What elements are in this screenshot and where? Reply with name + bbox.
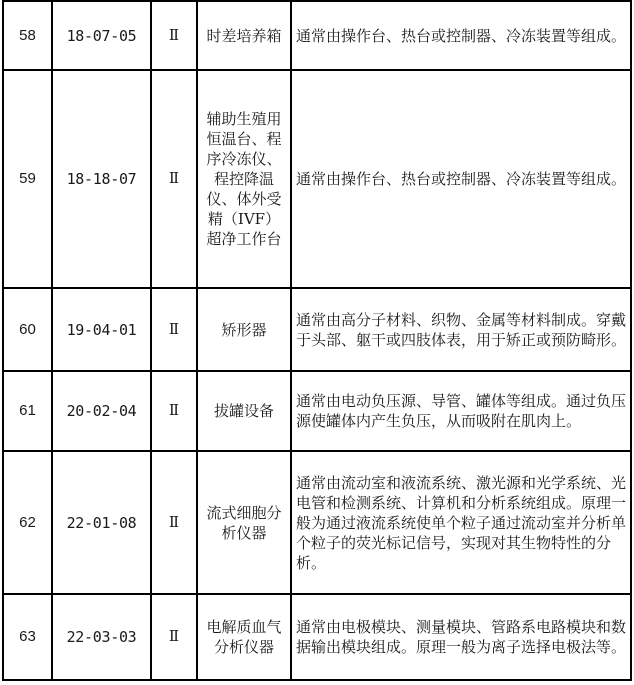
category-code-cell: 18-18-07	[52, 70, 151, 288]
table-row: 63 22-03-03 Ⅱ 电解质血气分析仪器 通常由电极模块、测量模块、管路系…	[3, 594, 631, 680]
product-description-cell: 通常由流动室和液流系统、激光源和光学系统、光电管和检测系统、计算机和分析系统组成…	[291, 451, 631, 594]
product-description-cell: 通常由电动负压源、导管、罐体等组成。通过负压源使罐体内产生负压，从而吸附在肌肉上…	[291, 371, 631, 451]
management-class-cell: Ⅱ	[151, 451, 197, 594]
row-number-cell: 60	[3, 288, 52, 371]
table-row: 60 19-04-01 Ⅱ 矫形器 通常由高分子材料、织物、金属等材料制成。穿戴…	[3, 288, 631, 371]
product-description-cell: 通常由操作台、热台或控制器、冷冻装置等组成。	[291, 70, 631, 288]
product-name-cell: 辅助生殖用恒温台、程序冷冻仪、程控降温仪、体外受精（IVF）超净工作台	[197, 70, 291, 288]
table-row: 58 18-07-05 Ⅱ 时差培养箱 通常由操作台、热台或控制器、冷冻装置等组…	[3, 1, 631, 70]
table-row: 62 22-01-08 Ⅱ 流式细胞分析仪器 通常由流动室和液流系统、激光源和光…	[3, 451, 631, 594]
row-number-cell: 58	[3, 1, 52, 70]
product-name-cell: 矫形器	[197, 288, 291, 371]
category-code-cell: 22-03-03	[52, 594, 151, 680]
category-code-cell: 19-04-01	[52, 288, 151, 371]
product-description-cell: 通常由电极模块、测量模块、管路系电路模块和数据输出模块组成。原理一般为离子选择电…	[291, 594, 631, 680]
category-code-cell: 20-02-04	[52, 371, 151, 451]
medical-device-table: 58 18-07-05 Ⅱ 时差培养箱 通常由操作台、热台或控制器、冷冻装置等组…	[2, 0, 632, 681]
product-name-cell: 流式细胞分析仪器	[197, 451, 291, 594]
product-description-cell: 通常由操作台、热台或控制器、冷冻装置等组成。	[291, 1, 631, 70]
management-class-cell: Ⅱ	[151, 288, 197, 371]
row-number-cell: 61	[3, 371, 52, 451]
product-name-cell: 拔罐设备	[197, 371, 291, 451]
product-name-cell: 电解质血气分析仪器	[197, 594, 291, 680]
row-number-cell: 62	[3, 451, 52, 594]
row-number-cell: 63	[3, 594, 52, 680]
management-class-cell: Ⅱ	[151, 70, 197, 288]
management-class-cell: Ⅱ	[151, 1, 197, 70]
management-class-cell: Ⅱ	[151, 594, 197, 680]
row-number-cell: 59	[3, 70, 52, 288]
table-row: 59 18-18-07 Ⅱ 辅助生殖用恒温台、程序冷冻仪、程控降温仪、体外受精（…	[3, 70, 631, 288]
category-code-cell: 18-07-05	[52, 1, 151, 70]
product-name-cell: 时差培养箱	[197, 1, 291, 70]
product-description-cell: 通常由高分子材料、织物、金属等材料制成。穿戴于头部、躯干或四肢体表，用于矫正或预…	[291, 288, 631, 371]
management-class-cell: Ⅱ	[151, 371, 197, 451]
category-code-cell: 22-01-08	[52, 451, 151, 594]
table-row: 61 20-02-04 Ⅱ 拔罐设备 通常由电动负压源、导管、罐体等组成。通过负…	[3, 371, 631, 451]
